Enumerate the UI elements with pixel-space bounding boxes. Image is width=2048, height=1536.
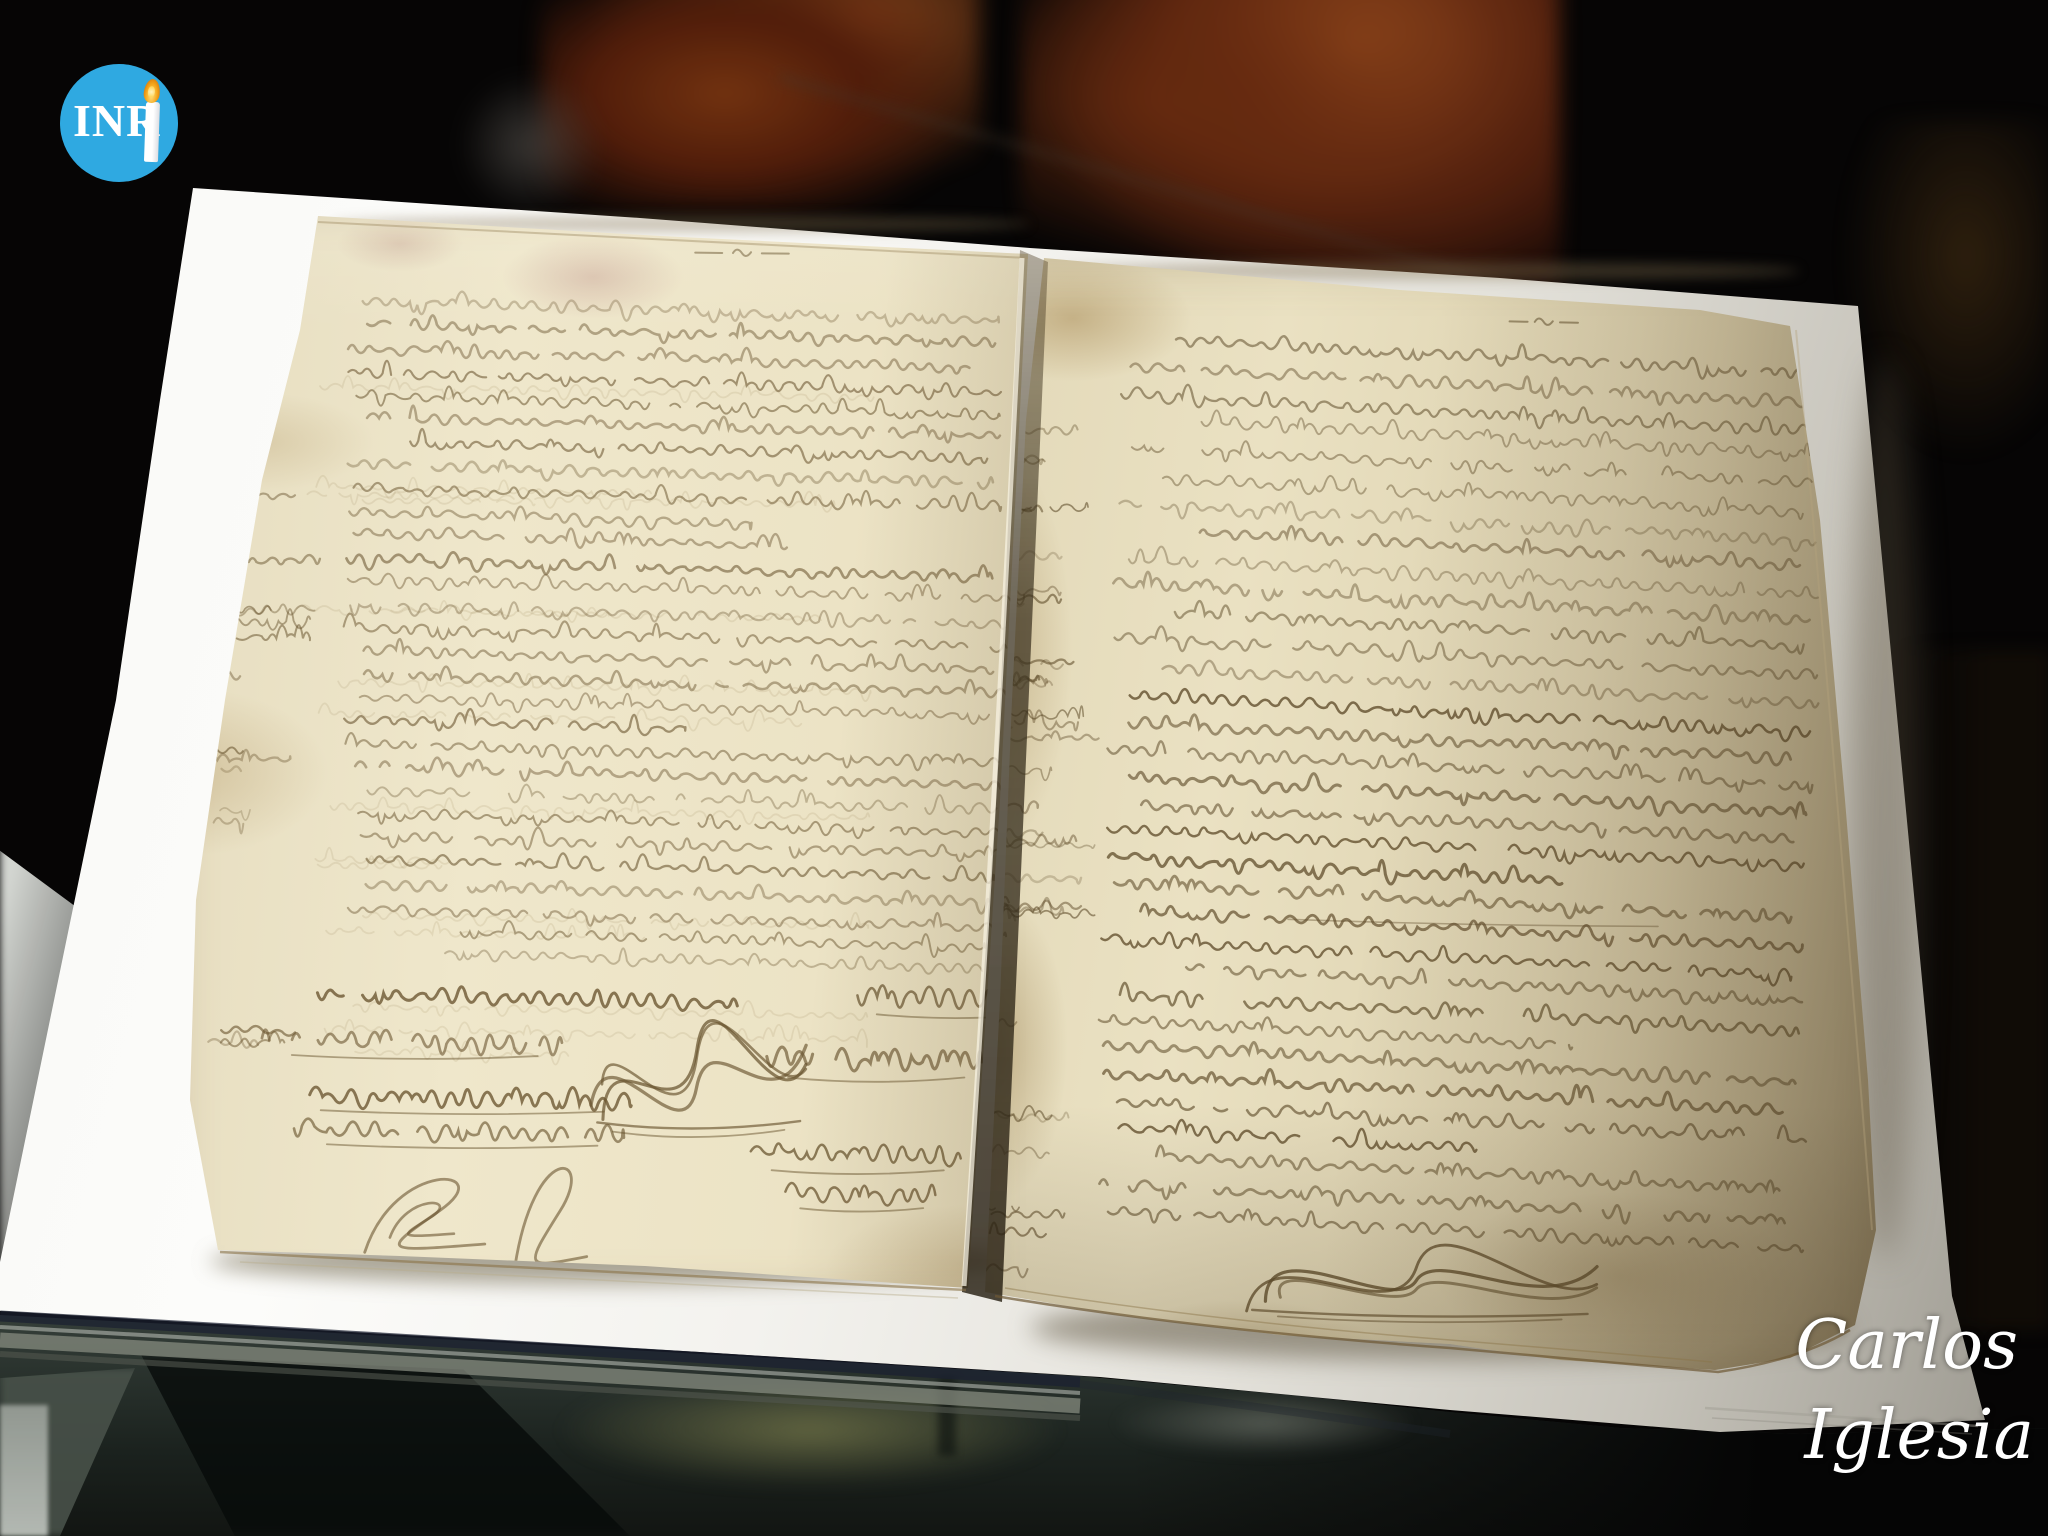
stand-leg-highlight	[0, 1405, 48, 1536]
inri-logo-badge: INR	[60, 64, 178, 182]
background-grey-highlight	[450, 70, 610, 220]
museum-photo: INR Carlos Iglesia	[0, 0, 2048, 1536]
manuscript-right-page	[960, 250, 1900, 1390]
manuscript-left-page	[170, 200, 1090, 1300]
right-page-shading	[960, 250, 1900, 1390]
table-reflection-of-gutter	[938, 1378, 956, 1456]
watermark-line1: Carlos	[1795, 1312, 2018, 1380]
candle-icon	[144, 102, 160, 162]
table-reflection-of-page	[555, 1392, 1065, 1488]
watermark-line2: Iglesia	[1804, 1402, 2034, 1470]
left-page-shading	[170, 200, 1090, 1300]
